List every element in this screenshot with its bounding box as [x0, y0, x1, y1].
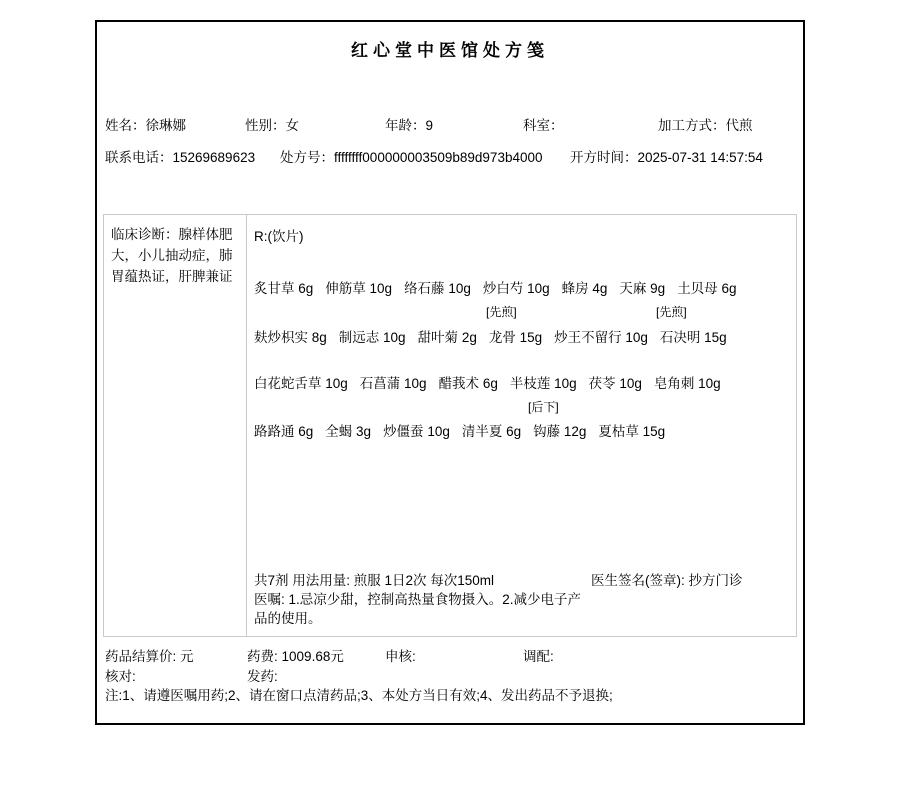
patient-gender-value: 女 — [286, 118, 300, 133]
medicine-item: 络石藤 10g — [404, 281, 471, 296]
medicine-item: 甜叶菊 2g — [418, 330, 477, 345]
medicine-item: 白花蛇舌草 10g — [254, 376, 348, 391]
dose-line: 共7剂 用法用量: 煎服 1日2次 每次150ml — [254, 571, 594, 590]
settle-price-field: 药品结算价: 元 — [105, 649, 194, 665]
patient-age-field: 年龄：9 — [385, 118, 433, 134]
medicine-item: 茯苓 10g — [589, 376, 642, 391]
medicine-row-4: 路路通 6g全蝎 3g炒僵蚕 10g清半夏 6g钩藤 12g夏枯草 15g — [254, 420, 677, 440]
rx-box: 临床诊断：腺样体肥大，小儿抽动症，肺胃蕴热证，肝脾兼证 R:(饮片) 炙甘草 6… — [103, 214, 797, 637]
rx-number-label: 处方号： — [280, 150, 334, 165]
medicine-item: 伸筋草 10g — [325, 281, 392, 296]
check-field: 核对: — [105, 669, 136, 685]
rx-time-field: 开方时间：2025-07-31 14:57:54 — [570, 150, 763, 166]
medicine-item: 钩藤 12g — [533, 424, 586, 439]
patient-name-label: 姓名： — [105, 118, 146, 133]
rx-time-value: 2025-07-31 14:57:54 — [638, 150, 763, 165]
medicine-item: 路路通 6g — [254, 424, 313, 439]
patient-name-field: 姓名：徐琳娜 — [105, 118, 186, 134]
settle-price-unit: 元 — [180, 649, 194, 664]
patient-name-value: 徐琳娜 — [146, 118, 187, 133]
medicine-item: 皂角刺 10g — [654, 376, 721, 391]
medicine-item: 全蝎 3g — [325, 424, 371, 439]
patient-gender-field: 性别：女 — [245, 118, 299, 134]
patient-age-value: 9 — [426, 118, 434, 133]
medicine-row-2: 麸炒枳实 8g制远志 10g甜叶菊 2g龙骨 15g炒王不留行 10g石决明 1… — [254, 326, 739, 346]
phone-field: 联系电话：15269689623 — [105, 150, 255, 166]
processing-field: 加工方式：代煎 — [658, 118, 753, 134]
department-field: 科室： — [523, 118, 564, 134]
processing-value: 代煎 — [726, 118, 753, 133]
fee-label: 药费: — [247, 649, 278, 664]
phone-value: 15269689623 — [173, 150, 256, 165]
rx-number-value: ffffffff000000003509b89d973b4000 — [334, 150, 543, 165]
decoct-first-tag: [先煎] — [486, 303, 517, 320]
patient-age-label: 年龄： — [385, 118, 426, 133]
medicine-item: 炒僵蚕 10g — [383, 424, 450, 439]
medical-advice: 医嘱: 1.忌凉少甜，控制高热量食物摄入。2.减少电子产品的使用。 — [254, 590, 594, 628]
rx-column: R:(饮片) 炙甘草 6g伸筋草 10g络石藤 10g炒白芍 10g蜂房 4g天… — [247, 215, 797, 636]
annotation-row-houxia: [后下] — [247, 398, 797, 412]
decoct-first-tag: [先煎] — [656, 303, 687, 320]
footer-note: 注:1、请遵医嘱用药;2、请在窗口点清药品;3、本处方当日有效;4、发出药品不予… — [105, 688, 613, 704]
page-title: 红心堂中医馆处方笺 — [95, 36, 805, 61]
medicine-item: 炒王不留行 10g — [554, 330, 648, 345]
patient-gender-label: 性别： — [245, 118, 286, 133]
fee-value: 1009.68元 — [282, 649, 344, 664]
usage-block: 共7剂 用法用量: 煎服 1日2次 每次150ml 医嘱: 1.忌凉少甜，控制高… — [254, 571, 594, 628]
medicine-item: 半枝莲 10g — [510, 376, 577, 391]
medicine-item: 夏枯草 15g — [598, 424, 665, 439]
fee-field: 药费: 1009.68元 — [247, 649, 344, 665]
medicine-item: 天麻 9g — [619, 281, 665, 296]
department-label: 科室： — [523, 118, 564, 133]
add-later-tag: [后下] — [528, 398, 559, 415]
doctor-signature: 医生签名(签章): 抄方门诊 — [591, 571, 763, 590]
medicine-row-1: 炙甘草 6g伸筋草 10g络石藤 10g炒白芍 10g蜂房 4g天麻 9g土贝母… — [254, 277, 748, 297]
rx-header: R:(饮片) — [254, 225, 304, 245]
medicine-item: 麸炒枳实 8g — [254, 330, 327, 345]
medicine-item: 石决明 15g — [660, 330, 727, 345]
annotation-row-xianjian: [先煎] [先煎] — [247, 303, 797, 317]
processing-label: 加工方式： — [658, 118, 726, 133]
medicine-row-3: 白花蛇舌草 10g石菖蒲 10g醋莪术 6g半枝莲 10g茯苓 10g皂角刺 1… — [254, 372, 733, 392]
rx-time-label: 开方时间： — [570, 150, 638, 165]
phone-label: 联系电话： — [105, 150, 173, 165]
prescription-page: 红心堂中医馆处方笺 姓名：徐琳娜 性别：女 年龄：9 科室： 加工方式：代煎 联… — [0, 0, 900, 800]
clinical-diagnosis: 临床诊断：腺样体肥大，小儿抽动症，肺胃蕴热证，肝脾兼证 — [104, 215, 247, 636]
medicine-item: 石菖蒲 10g — [360, 376, 427, 391]
issue-field: 发药: — [247, 669, 278, 685]
medicine-item: 龙骨 15g — [489, 330, 542, 345]
review-field: 申核: — [385, 649, 416, 665]
medicine-item: 制远志 10g — [339, 330, 406, 345]
medicine-item: 炒白芍 10g — [483, 281, 550, 296]
settle-price-label: 药品结算价: — [105, 649, 176, 664]
dispense-field: 调配: — [523, 649, 554, 665]
medicine-item: 醋莪术 6g — [439, 376, 498, 391]
medicine-item: 清半夏 6g — [462, 424, 521, 439]
medicine-item: 炙甘草 6g — [254, 281, 313, 296]
rx-number-field: 处方号：ffffffff000000003509b89d973b4000 — [280, 150, 543, 166]
medicine-item: 蜂房 4g — [562, 281, 608, 296]
medicine-item: 土贝母 6g — [677, 281, 736, 296]
